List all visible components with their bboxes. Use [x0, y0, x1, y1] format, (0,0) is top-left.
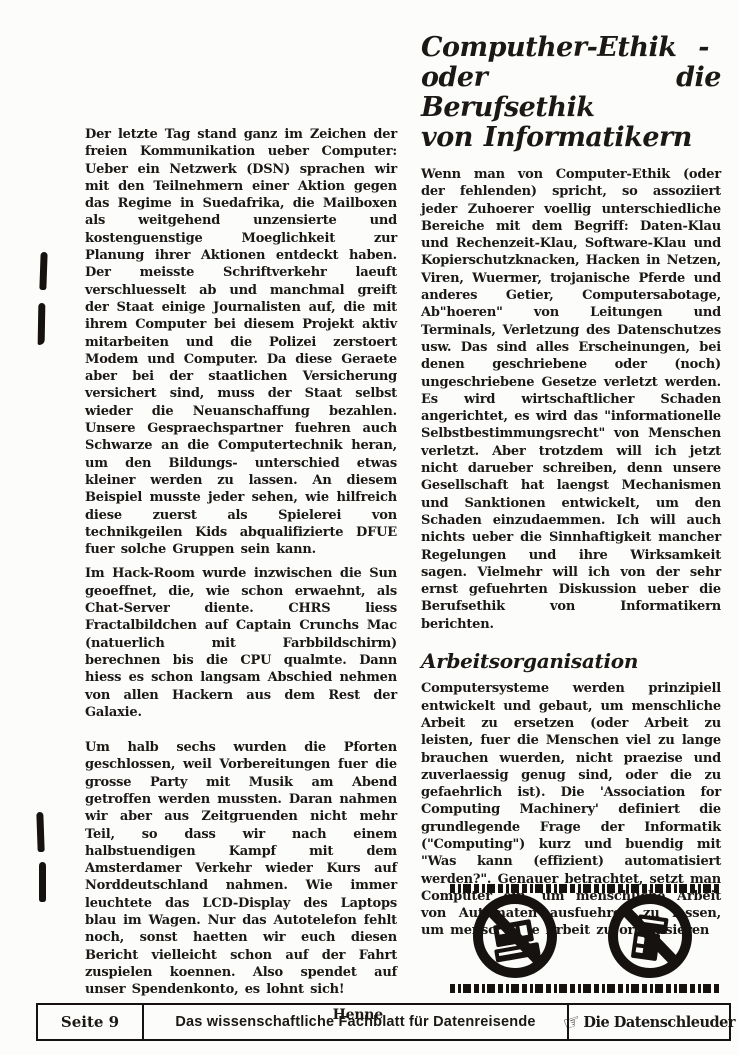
- left-column: Der letzte Tag stand ganz im Zeichen der…: [85, 126, 397, 1024]
- tagline: Das wissenschaftliche Fachblatt für Date…: [175, 1014, 535, 1030]
- paragraph: Im Hack-Room wurde inzwischen die Sun ge…: [85, 565, 397, 721]
- no-computer-icon: [471, 892, 559, 980]
- margin-ink-mark: [36, 812, 44, 852]
- paragraph: Der letzte Tag stand ganz im Zeichen der…: [85, 126, 397, 558]
- scanned-zine-page: Der letzte Tag stand ganz im Zeichen der…: [0, 0, 739, 1055]
- article-title-line: oder die Berufsethik: [421, 63, 721, 123]
- margin-ink-mark: [39, 252, 47, 290]
- prohibition-icon-block: [448, 884, 724, 996]
- section-heading: Arbeitsorganisation: [421, 653, 721, 670]
- paragraph: Wenn man von Computer-Ethik (oder der fe…: [421, 166, 721, 633]
- tagline-box: Das wissenschaftliche Fachblatt für Date…: [144, 1003, 567, 1041]
- dashed-strip: [450, 984, 722, 993]
- article-title-line: Computher-Ethik -: [421, 33, 721, 63]
- page-number: Seite 9: [61, 1013, 119, 1031]
- margin-ink-mark: [38, 303, 46, 345]
- magazine-logo: ☞ Die Datenschleuder: [567, 1003, 731, 1041]
- magazine-logo-text: Die Datenschleuder: [583, 1014, 735, 1031]
- article-title: Computher-Ethik - oder die Berufsethik v…: [421, 33, 721, 153]
- right-column: Computher-Ethik - oder die Berufsethik v…: [421, 33, 721, 947]
- margin-ink-mark: [39, 862, 46, 902]
- article-title-line: von Informatikern: [421, 123, 721, 153]
- no-disk-drive-icon: [606, 892, 694, 980]
- paragraph: Um halb sechs wurden die Pforten geschlo…: [85, 739, 397, 998]
- page-number-box: Seite 9: [36, 1003, 144, 1041]
- footer-bar: Seite 9 Das wissenschaftliche Fachblatt …: [36, 1003, 731, 1041]
